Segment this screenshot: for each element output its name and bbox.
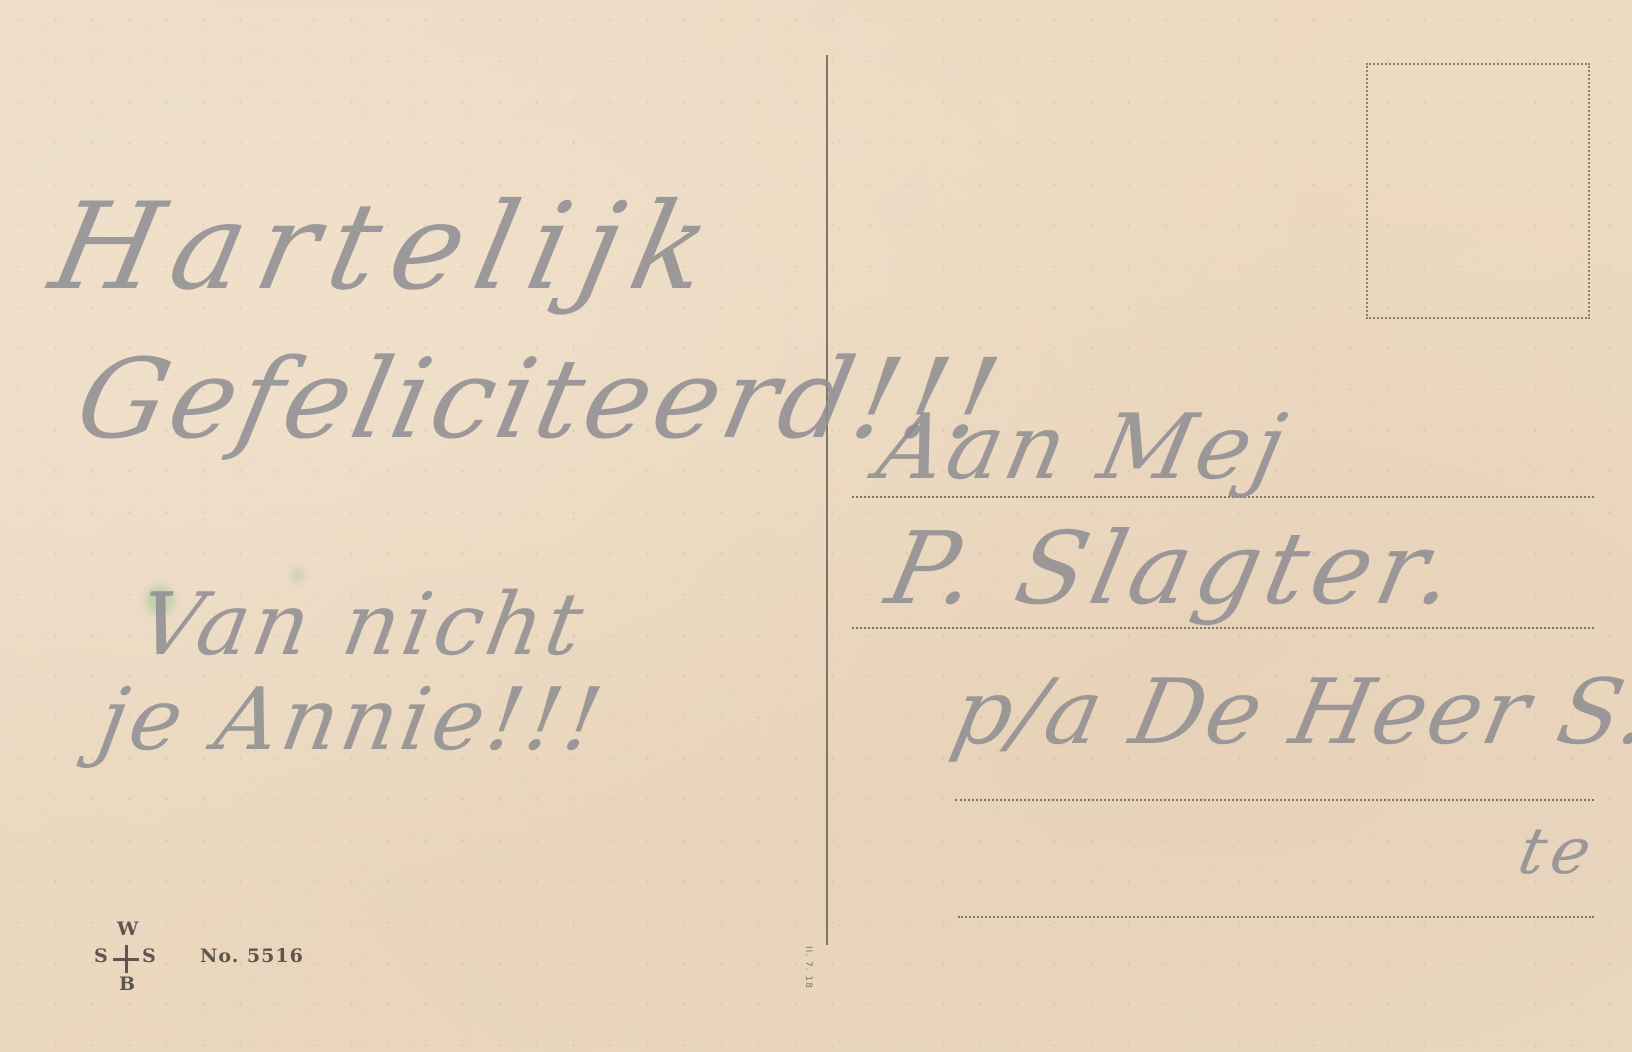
message-line-4: je Annie!!! [91, 670, 612, 770]
address-line-2 [852, 627, 1594, 629]
message-line-1: Hartelijk [40, 178, 735, 317]
logo-letter-left: S [94, 945, 108, 967]
printer-code: II. 7. 18 [803, 946, 813, 989]
address-text-2: P. Slagter. [878, 510, 1472, 627]
postcard-back: Hartelijk Gefeliciteerd!!! Van nicht je … [0, 0, 1632, 1052]
card-number: No. 5516 [200, 945, 304, 967]
address-text-3: p/a De Heer S. Kos [944, 660, 1632, 765]
logo-letter-right: S [142, 945, 156, 967]
logo-letter-bottom: B [119, 973, 135, 995]
message-line-3: Van nicht [131, 575, 594, 675]
wsb-compass-logo: W S S B [90, 918, 170, 998]
address-text-1: Aan Mej [869, 395, 1298, 500]
stamp-box [1366, 63, 1590, 319]
address-line-3 [955, 799, 1594, 801]
logo-letter-top: W [117, 918, 138, 940]
cross-icon [125, 945, 128, 973]
center-divider [826, 55, 828, 945]
address-line-4 [958, 916, 1594, 918]
message-line-2: Gefeliciteerd!!! [66, 335, 1013, 463]
address-text-4: te [1512, 815, 1603, 889]
